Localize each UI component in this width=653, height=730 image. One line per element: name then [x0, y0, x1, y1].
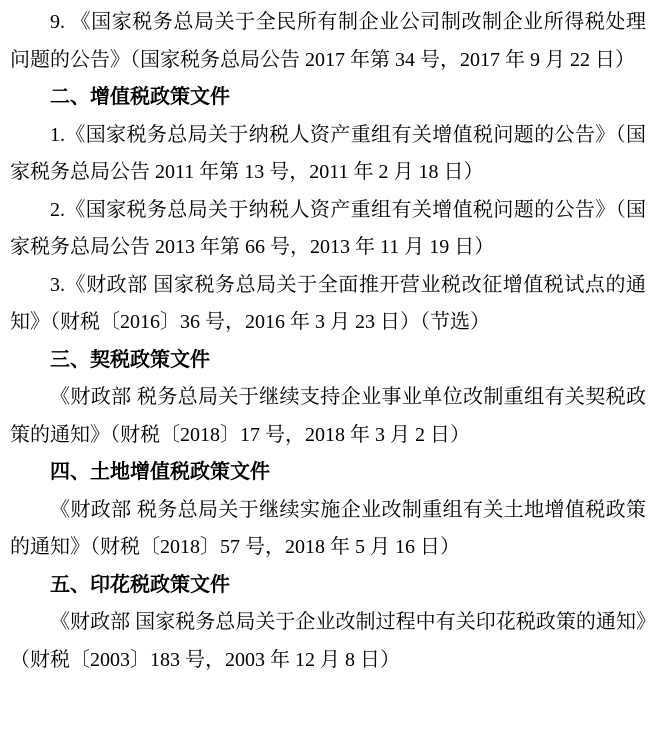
- document-page: 9. 《国家税务总局关于全民所有制企业公司制改制企业所得税处理问题的公告》（国家…: [0, 0, 653, 730]
- policy-item-paragraph: 2.《国家税务总局关于纳税人资产重组有关增值税问题的公告》（国家税务总局公告 2…: [10, 192, 646, 267]
- section-heading: 三、契税政策文件: [10, 342, 646, 380]
- section-heading: 五、印花税政策文件: [10, 567, 646, 605]
- policy-item-paragraph: 3.《财政部 国家税务总局关于全面推开营业税改征增值税试点的通知》（财税〔201…: [10, 267, 646, 342]
- policy-item-paragraph: 《财政部 国家税务总局关于企业改制过程中有关印花税政策的通知》（财税〔2003〕…: [10, 604, 646, 679]
- policy-item-paragraph: 1.《国家税务总局关于纳税人资产重组有关增值税问题的公告》（国家税务总局公告 2…: [10, 117, 646, 192]
- section-heading: 二、增值税政策文件: [10, 79, 646, 117]
- policy-item-paragraph: 9. 《国家税务总局关于全民所有制企业公司制改制企业所得税处理问题的公告》（国家…: [10, 4, 646, 79]
- section-heading: 四、土地增值税政策文件: [10, 454, 646, 492]
- policy-item-paragraph: 《财政部 税务总局关于继续支持企业事业单位改制重组有关契税政策的通知》（财税〔2…: [10, 379, 646, 454]
- policy-item-paragraph: 《财政部 税务总局关于继续实施企业改制重组有关土地增值税政策的通知》（财税〔20…: [10, 492, 646, 567]
